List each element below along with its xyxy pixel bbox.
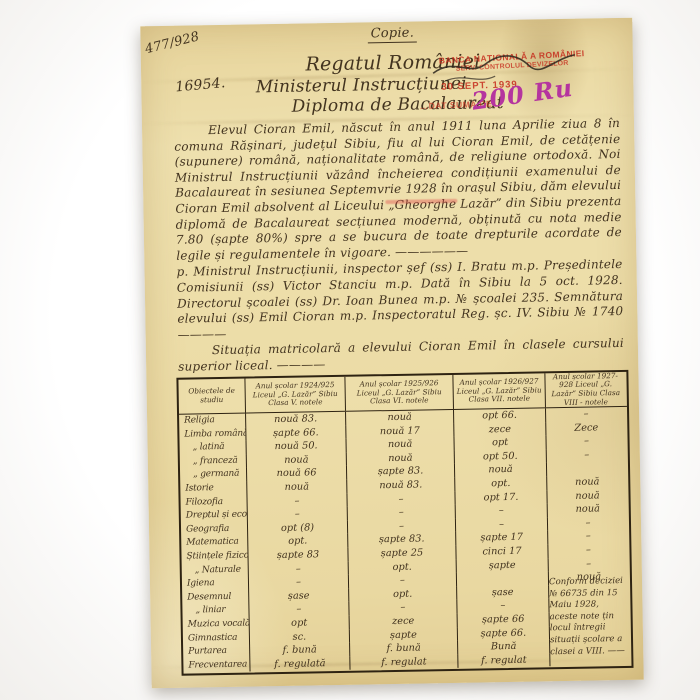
subject-cell: Frecventarea bbox=[183, 658, 249, 673]
grade-cell: nouă bbox=[546, 475, 627, 490]
grade-cell: – bbox=[545, 407, 626, 422]
header-cell-class-viii: Anul școlar 1927-928 Liceul „G. Lazăr” S… bbox=[544, 372, 626, 407]
table-note: Conform deciziei № 66735 din 15 Maiu 192… bbox=[549, 576, 628, 659]
grade-cell: nouă bbox=[546, 488, 627, 503]
subject-cell: Igiena bbox=[182, 577, 248, 592]
grade-cell: f. regulat bbox=[457, 653, 549, 668]
subject-cell: Științele fizico-chim. bbox=[181, 549, 247, 564]
grade-cell: – bbox=[545, 434, 626, 449]
grade-cell: – bbox=[547, 529, 628, 544]
subject-cell: „ Naturale bbox=[182, 563, 248, 578]
subject-cell: Religia bbox=[179, 414, 245, 429]
body-paragraph-2: p. Ministrul Instrucțiunii, inspector șe… bbox=[176, 257, 623, 343]
document-paper: 477/928 Copie. 16954. Regatul României M… bbox=[140, 18, 643, 688]
subject-cell: Geografia bbox=[181, 522, 247, 537]
grade-cell: f. regulată bbox=[249, 656, 349, 671]
screenshot-root: { "annotations": { "file_number": "477/9… bbox=[0, 0, 700, 700]
subject-cell: Gimnastica bbox=[183, 631, 249, 646]
grade-cell: – bbox=[548, 556, 629, 571]
header-cell-class-vi: Anul școlar 1925/926 Liceul „G. Lazăr” S… bbox=[344, 375, 453, 411]
subject-cell: „ liniar bbox=[182, 604, 248, 619]
subject-cell: Istorie bbox=[180, 482, 246, 497]
body-paragraph-3: Situația matricolară a elevului Cioran E… bbox=[178, 336, 624, 375]
header-cell-subjects: Obiectele de studiu bbox=[178, 379, 245, 414]
pen-scribble bbox=[425, 45, 586, 94]
grade-cell: nouă bbox=[547, 502, 628, 517]
grade-cell: – bbox=[546, 448, 627, 463]
grade-cell bbox=[546, 461, 627, 476]
grades-table: Obiectele de studiu Anul școlar 1924/925… bbox=[176, 370, 633, 676]
subject-cell: „ franceză bbox=[180, 454, 246, 469]
grade-cell: – bbox=[547, 516, 628, 531]
diploma-body: Elevul Cioran Emil, născut în anul 1911 … bbox=[174, 116, 624, 376]
subject-cell: Filozofia bbox=[180, 495, 246, 510]
subject-cell: „ germană bbox=[180, 468, 246, 483]
subject-cell: Dreptul și econ. pol. bbox=[181, 509, 247, 524]
file-number: 477/928 bbox=[144, 29, 201, 57]
grade-cell: Zece bbox=[545, 421, 626, 436]
subject-cell: Muzica vocală bbox=[183, 617, 249, 632]
subject-cell: „ latină bbox=[180, 441, 246, 456]
subject-cell: Limba română bbox=[179, 427, 245, 442]
subject-cell: Purtarea bbox=[183, 645, 249, 660]
subject-cell: Matematica bbox=[181, 536, 247, 551]
header-cell-class-vii: Anul școlar 1926/927 Liceul „G. Lazăr” S… bbox=[452, 373, 545, 409]
grade-cell: – bbox=[547, 543, 628, 558]
copy-label: Copie. bbox=[368, 26, 418, 44]
subject-cell: Desemnul bbox=[182, 590, 248, 605]
body-paragraph-1: Elevul Cioran Emil, născut în anul 1911 … bbox=[174, 116, 622, 264]
grade-cell: f. regulat bbox=[349, 655, 457, 670]
header-cell-class-v: Anul școlar 1924/925 Liceul „G. Lazăr” S… bbox=[244, 377, 345, 413]
